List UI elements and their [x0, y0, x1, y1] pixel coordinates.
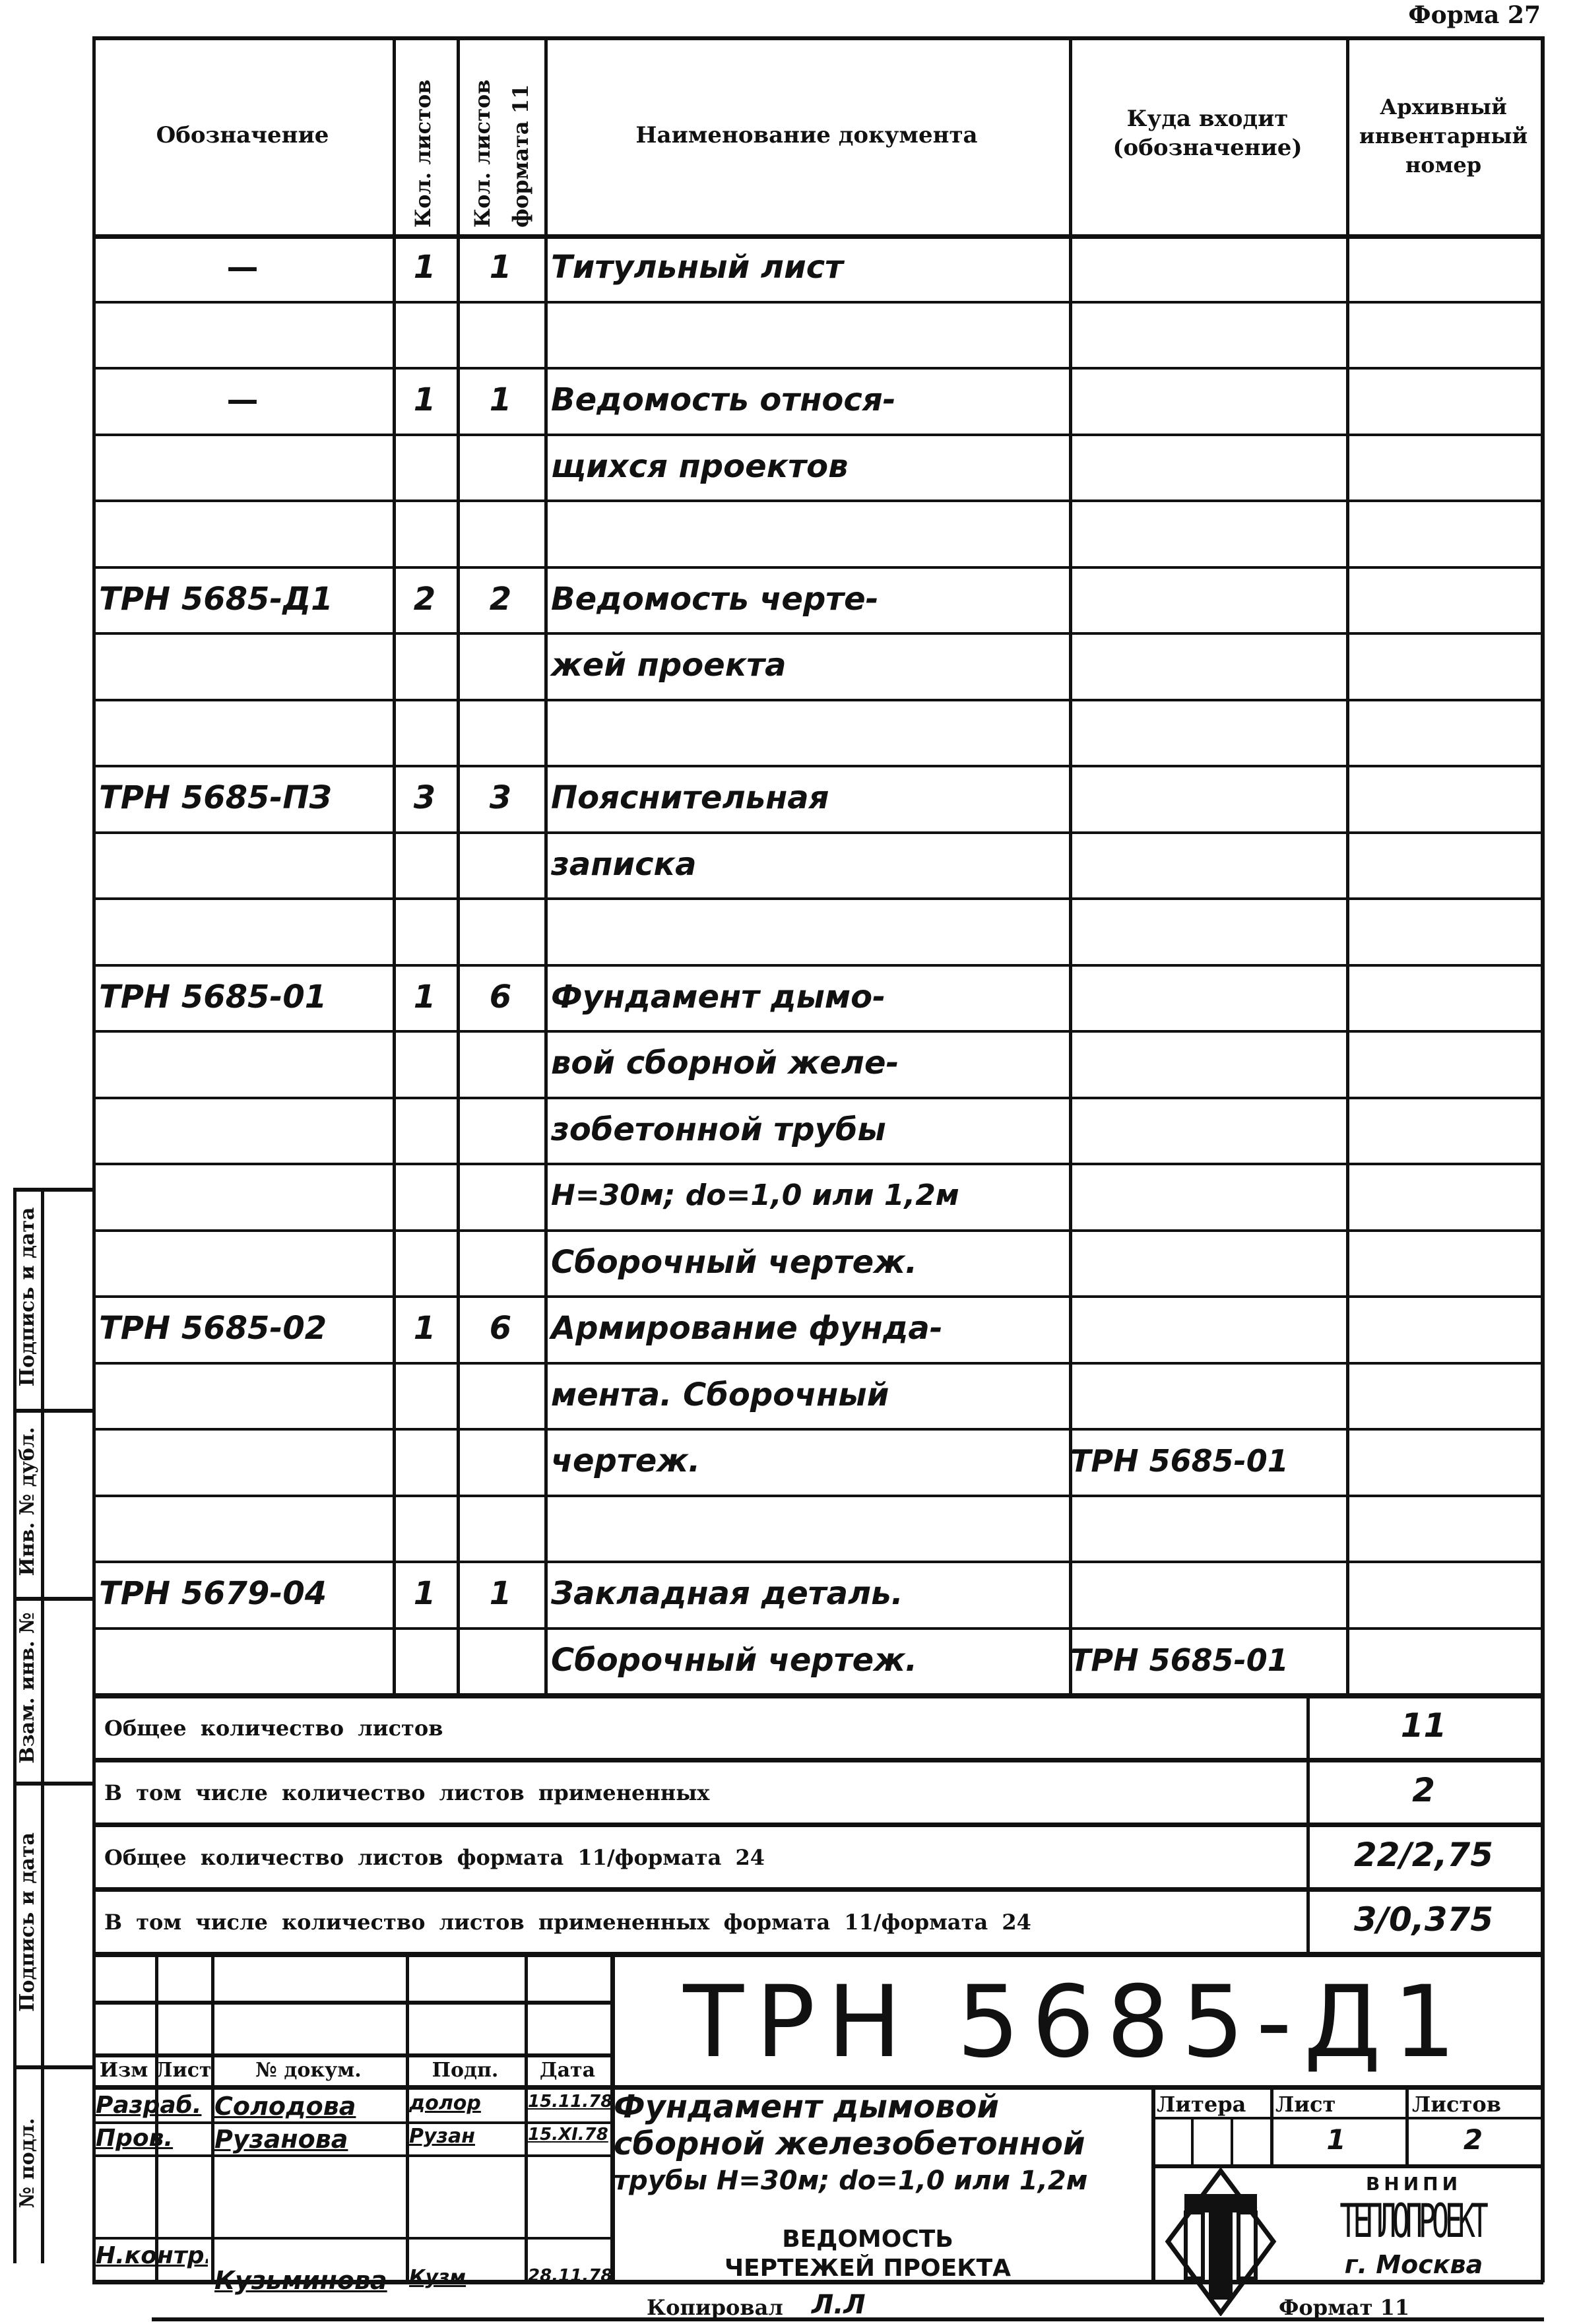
column-divider — [1069, 36, 1072, 1693]
side-strip-divider — [13, 1597, 92, 1601]
summary-divider — [92, 1758, 1541, 1762]
row-divider — [92, 897, 1541, 900]
signer-name: Солодова — [214, 2092, 406, 2121]
side-strip-divider — [13, 1409, 92, 1413]
row-designation: — — [92, 381, 393, 418]
stage-divider — [1405, 2085, 1409, 2164]
side-strip-divider — [13, 2065, 92, 2069]
row-designation: ТРН 5685-Д1 — [99, 581, 393, 618]
header-archive-number: Архивный инвентарный номер — [1346, 92, 1541, 179]
signer-role: Н.контр. — [96, 2242, 208, 2269]
row-document-name: Н=30м; do=1,0 или 1,2м — [551, 1177, 1072, 1214]
row-document-name: зобетонной трубы — [551, 1111, 1072, 1148]
row-document-name: вой сборной желе- — [551, 1045, 1072, 1081]
signature-row-divider — [92, 2121, 610, 2124]
row-sheet-count-format: 1 — [457, 381, 544, 418]
form-label: Форма 27 — [1408, 1, 1541, 29]
row-document-name: Сборочный чертеж. — [551, 1642, 1072, 1679]
document-title-line-1: ВЕДОМОСТЬ — [610, 2225, 1125, 2254]
header-archive-3: номер — [1346, 150, 1541, 179]
side-stamp-label: Взам. инв. № — [16, 1602, 39, 1774]
row-divider — [92, 1561, 1541, 1563]
row-divider — [92, 367, 1541, 370]
row-document-name: Титульный лист — [551, 249, 1072, 286]
row-document-name: Фундамент дымо- — [551, 979, 1072, 1016]
side-strip-divider — [13, 1782, 92, 1786]
table-right-border — [1541, 36, 1545, 2282]
row-divider — [92, 831, 1541, 834]
row-sheet-count-format: 6 — [457, 1310, 544, 1347]
row-document-name: мента. Сборочный — [551, 1376, 1072, 1413]
row-divider — [92, 1163, 1541, 1165]
summary-column-divider — [1306, 1693, 1310, 1952]
title-block-bottom-border — [92, 2280, 1543, 2284]
header-archive-1: Архивный — [1346, 92, 1541, 121]
row-designation: ТРН 5685-02 — [99, 1310, 393, 1347]
row-divider — [92, 632, 1541, 635]
sheets-label: Листов — [1412, 2092, 1501, 2117]
row-divider — [92, 1097, 1541, 1099]
row-sheet-count: 1 — [393, 381, 457, 418]
footer-bottom-line — [152, 2317, 1544, 2321]
sheet-label: Лист — [1275, 2092, 1336, 2117]
summary-value: 11 — [1306, 1706, 1541, 1745]
row-divider — [92, 1362, 1541, 1365]
object-name-line-1: Фундамент дымовой — [614, 2088, 1087, 2125]
row-designation: — — [92, 249, 393, 286]
revision-header: Лист — [155, 2059, 211, 2082]
signer-name: Рузанова — [214, 2125, 406, 2154]
row-document-name: Сборочный чертеж. — [551, 1244, 1072, 1281]
row-divider — [92, 301, 1541, 304]
row-divider — [92, 1627, 1541, 1630]
row-divider — [92, 500, 1541, 502]
row-document-name: жей проекта — [551, 647, 1072, 684]
side-stamp-label: Подпись и дата — [16, 1787, 39, 2057]
row-sheet-count: 1 — [393, 1310, 457, 1347]
teploproekt-logo-icon — [1161, 2168, 1280, 2316]
side-stamp-label: Подпись и дата — [16, 1193, 39, 1401]
object-name-line-2: сборной железобетонной — [614, 2125, 1087, 2162]
row-sheet-count: 3 — [393, 779, 457, 816]
revision-row-divider — [92, 2053, 610, 2057]
header-sheet-count-format-2: формата 11 — [508, 84, 533, 228]
row-sheet-count-format: 6 — [457, 979, 544, 1016]
stage-column-divider — [1151, 2085, 1155, 2280]
column-divider — [544, 36, 548, 1693]
object-name: Фундамент дымовой сборной железобетонной… — [614, 2088, 1087, 2199]
row-sheet-count: 2 — [393, 581, 457, 618]
row-document-name: чертеж. — [551, 1442, 1072, 1479]
column-divider — [1346, 36, 1349, 1693]
table-left-border — [92, 36, 96, 2280]
document-title-line-2: ЧЕРТЕЖЕЙ ПРОЕКТА — [610, 2254, 1125, 2283]
drawing-code: ТРН 5685-Д1 — [610, 1970, 1541, 2075]
header-where-included: Куда входит (обозначение) — [1069, 104, 1346, 162]
side-strip-mid — [41, 1188, 44, 2263]
header-designation: Обозначение — [92, 122, 393, 148]
logo-top-divider — [1151, 2164, 1541, 2168]
column-divider — [393, 36, 396, 1693]
title-block-top-border — [92, 1952, 1541, 1957]
row-document-name: Закладная деталь. — [551, 1575, 1072, 1612]
copied-by-label: Копировал — [647, 2295, 783, 2320]
side-stamp-label: Инв. № дубл. — [16, 1414, 39, 1589]
row-sheet-count-format: 1 — [457, 1575, 544, 1612]
row-included-in: ТРН 5685-01 — [1070, 1442, 1346, 1479]
sheet-value: 1 — [1270, 2123, 1402, 2156]
signer-sign: долор — [409, 2092, 525, 2115]
row-document-name: Армирование фунда- — [551, 1310, 1072, 1347]
summary-label: В том числе количество листов примененны… — [104, 1910, 1031, 1935]
revision-header: Дата — [525, 2059, 610, 2082]
litera-divider — [1191, 2117, 1194, 2164]
sheets-value: 2 — [1405, 2123, 1541, 2156]
header-document-name: Наименование документа — [544, 122, 1069, 148]
revision-header: Изм — [92, 2059, 155, 2082]
signature-row-divider — [92, 2154, 610, 2157]
row-divider — [92, 1495, 1541, 1497]
row-document-name: записка — [551, 846, 1072, 883]
row-sheet-count-format: 3 — [457, 779, 544, 816]
org-small-name: ВНИПИ — [1287, 2173, 1541, 2195]
format-label: Формат 11 — [1279, 2295, 1409, 2320]
signer-role: Разраб. — [96, 2092, 208, 2119]
row-divider — [92, 964, 1541, 967]
column-divider — [457, 36, 460, 1693]
row-sheet-count-format: 1 — [457, 249, 544, 286]
signer-sign: Рузан — [409, 2125, 525, 2148]
copied-by-signature: Л.Л — [812, 2290, 866, 2320]
side-strip-left — [13, 1188, 16, 2263]
revision-row-divider — [92, 2001, 610, 2005]
row-included-in: ТРН 5685-01 — [1070, 1642, 1346, 1679]
body-bottom-border — [92, 1693, 1541, 1698]
litera-divider — [1231, 2117, 1233, 2164]
header-sheet-count-format-1: Кол. листов — [470, 80, 495, 228]
org-name: ТЕПЛОПРОЕКТ — [1332, 2194, 1492, 2248]
summary-divider — [92, 1887, 1541, 1892]
row-designation: ТРН 5685-01 — [99, 979, 393, 1016]
row-sheet-count-format: 2 — [457, 581, 544, 618]
org-city: г. Москва — [1287, 2250, 1541, 2279]
document-title: ВЕДОМОСТЬ ЧЕРТЕЖЕЙ ПРОЕКТА — [610, 2225, 1125, 2283]
row-divider — [92, 1030, 1541, 1033]
summary-label: В том числе количество листов примененны… — [104, 1780, 709, 1805]
row-document-name: щихся проектов — [551, 448, 1072, 485]
row-divider — [92, 1295, 1541, 1298]
signer-sign: Кузм — [409, 2266, 525, 2289]
revision-header: Подп. — [406, 2059, 525, 2082]
row-divider — [92, 1428, 1541, 1431]
revision-header: № докум. — [211, 2059, 406, 2082]
revision-column-divider — [610, 1952, 615, 2280]
row-document-name: Ведомость черте- — [551, 581, 1072, 618]
object-name-line-3: трубы Н=30м; do=1,0 или 1,2м — [614, 2162, 1087, 2199]
row-divider — [92, 1229, 1541, 1232]
header-where-included-2: (обозначение) — [1069, 133, 1346, 162]
header-where-included-1: Куда входит — [1069, 104, 1346, 133]
row-document-name: Пояснительная — [551, 779, 1072, 816]
row-designation: ТРН 5679-04 — [99, 1575, 393, 1612]
stage-header-divider — [1151, 2117, 1541, 2119]
row-divider — [92, 566, 1541, 569]
table-top-border — [92, 36, 1544, 40]
signer-date: 15.XI.78 — [528, 2125, 610, 2145]
summary-value: 2 — [1306, 1771, 1541, 1809]
row-divider — [92, 765, 1541, 767]
summary-value: 3/0,375 — [1306, 1900, 1541, 1939]
row-designation: ТРН 5685-ПЗ — [99, 779, 393, 816]
signer-date: 15.11.78 — [528, 2092, 610, 2112]
row-divider — [92, 434, 1541, 436]
header-archive-2: инвентарный — [1346, 121, 1541, 150]
signer-role: Пров. — [96, 2125, 208, 2152]
signature-row-divider — [92, 2237, 610, 2240]
row-divider — [92, 699, 1541, 701]
row-sheet-count: 1 — [393, 1575, 457, 1612]
header-sheet-count: Кол. листов — [410, 80, 435, 228]
summary-divider — [92, 1823, 1541, 1827]
header-bottom-border — [92, 234, 1541, 239]
row-sheet-count: 1 — [393, 249, 457, 286]
row-sheet-count: 1 — [393, 979, 457, 1016]
summary-value: 22/2,75 — [1306, 1836, 1541, 1874]
side-strip-divider — [13, 1188, 92, 1192]
row-document-name: Ведомость относя- — [551, 381, 1072, 418]
side-stamp-label: № подл. — [16, 2071, 39, 2255]
litera-label: Литера — [1157, 2092, 1246, 2117]
summary-label: Общее количество листов — [104, 1716, 443, 1741]
stage-divider — [1270, 2085, 1273, 2164]
summary-label: Общее количество листов формата 11/форма… — [104, 1845, 765, 1870]
revision-header-bottom — [92, 2085, 1541, 2090]
